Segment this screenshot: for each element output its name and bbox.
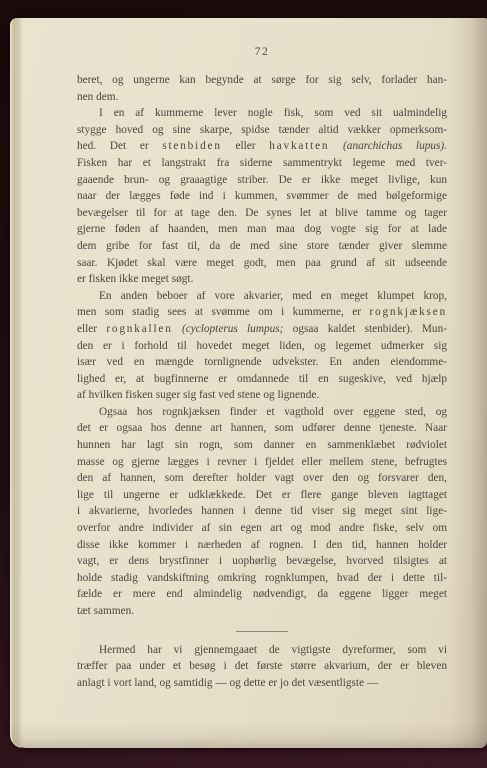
page-number: 72	[77, 46, 447, 58]
paragraph: Ogsaa hos rognkjæksen finder et vagthold…	[77, 404, 447, 620]
emphasized-term: stenbiden	[162, 140, 222, 152]
paragraph: En anden beboer af vore akvarier, med en…	[77, 288, 447, 404]
page-edge	[10, 18, 23, 748]
text-line: bevægelser til for at tage den. De synes…	[77, 205, 447, 222]
latin-name: (anarchichas lupus).	[343, 140, 447, 152]
text-line: eller rognkallen (cyclopterus lumpus; og…	[77, 321, 447, 338]
text-line: lige til ungerne er udklækkede. Det er f…	[77, 487, 447, 504]
text-line: I en af kummerne lever nogle fisk, som v…	[77, 105, 447, 122]
emphasized-term: havkatten	[269, 140, 329, 152]
text-line: Fisken har et langstrakt fra siderne sam…	[77, 155, 447, 172]
text-line: overfor andre individer af sin egen art …	[77, 520, 447, 537]
text-segment	[329, 140, 343, 152]
page-bottom-shadow	[10, 722, 487, 748]
photo-background: 72 beret, og ungerne kan begynde at sørg…	[0, 0, 487, 768]
text-line: disse ikke kommer i nærheden af rognen. …	[77, 537, 447, 554]
text-line: dem gribe for fast til, da de med sine s…	[77, 238, 447, 255]
text-line: vagt, er dens brystfinner i uophørlig be…	[77, 553, 447, 570]
text-line: fælde er mere end almindelig nødvendigt,…	[77, 586, 447, 603]
text-line: træffer paa under et besøg i det første …	[77, 658, 447, 675]
text-line: gjerne føden af haanden, men man maa dog…	[77, 221, 447, 238]
text-line: den af hannen, som derefter holder vagt …	[77, 470, 447, 487]
text-line: holde stadig vandskiftning omkring rognk…	[77, 570, 447, 587]
text-line: gaaende brun- og graaagtige striber. De …	[77, 172, 447, 189]
text-line: Hermed har vi gjennemgaaet de vigtigste …	[77, 642, 447, 659]
text-segment: men som stadig sees at svømme om i kumme…	[77, 306, 369, 318]
text-segment	[173, 323, 182, 335]
text-line: men som stadig sees at svømme om i kumme…	[77, 304, 447, 321]
text-segment: eller	[222, 140, 269, 152]
text-line: hunnen har lagt sin rogn, som danner en …	[77, 437, 447, 454]
text-line: tæt sammen.	[77, 603, 447, 620]
text-line: i akvarierne, hvorledes hannen i denne t…	[77, 503, 447, 520]
paragraph: Hermed har vi gjennemgaaet de vigtigste …	[77, 642, 447, 692]
text-segment: hed. Det er	[77, 140, 162, 152]
latin-name: (cyclopterus lumpus;	[182, 323, 284, 335]
text-line: saar. Kjødet skal være meget godt, men p…	[77, 255, 447, 272]
text-line: En anden beboer af vore akvarier, med en…	[77, 288, 447, 305]
text-line: Ogsaa hos rognkjæksen finder et vagthold…	[77, 404, 447, 421]
text-line: naar der lægges føde ind i kummen, svømm…	[77, 188, 447, 205]
page-gutter-shadow	[449, 18, 487, 748]
book-page: 72 beret, og ungerne kan begynde at sørg…	[10, 18, 487, 748]
paragraph: beret, og ungerne kan begynde at sørge f…	[77, 72, 447, 105]
section-divider	[236, 631, 288, 632]
paragraph: I en af kummerne lever nogle fisk, som v…	[77, 105, 447, 288]
text-line: beret, og ungerne kan begynde at sørge f…	[77, 72, 447, 89]
text-line: nen dem.	[77, 89, 447, 106]
text-segment: eller	[77, 323, 106, 335]
text-line: lighed er, at bugfinnerne er omdannede t…	[77, 371, 447, 388]
text-line: den er i forhold til hovedet meget liden…	[77, 338, 447, 355]
text-line: anlagt i vort land, og samtidig — og det…	[77, 675, 447, 692]
emphasized-term: rognkjæksen	[369, 306, 447, 318]
text-line: stygge hoved og sine skarpe, spidse tænd…	[77, 122, 447, 139]
text-line: hed. Det er stenbiden eller havkatten (a…	[77, 138, 447, 155]
text-line: masse og gjerne lægges i revner i fjelde…	[77, 454, 447, 471]
text-block: beret, og ungerne kan begynde at sørge f…	[77, 72, 447, 691]
text-line: af hvilken fisken suger sig fast ved ste…	[77, 387, 447, 404]
text-line: er fisken ikke meget søgt.	[77, 271, 447, 288]
text-segment: ogsaa kaldet stenbider). Mun-	[283, 323, 447, 335]
emphasized-term: rognkallen	[106, 323, 172, 335]
text-line: det er ogsaa hos denne art hannen, som u…	[77, 420, 447, 437]
text-line: især ved en mængde tornlignende udvekste…	[77, 354, 447, 371]
